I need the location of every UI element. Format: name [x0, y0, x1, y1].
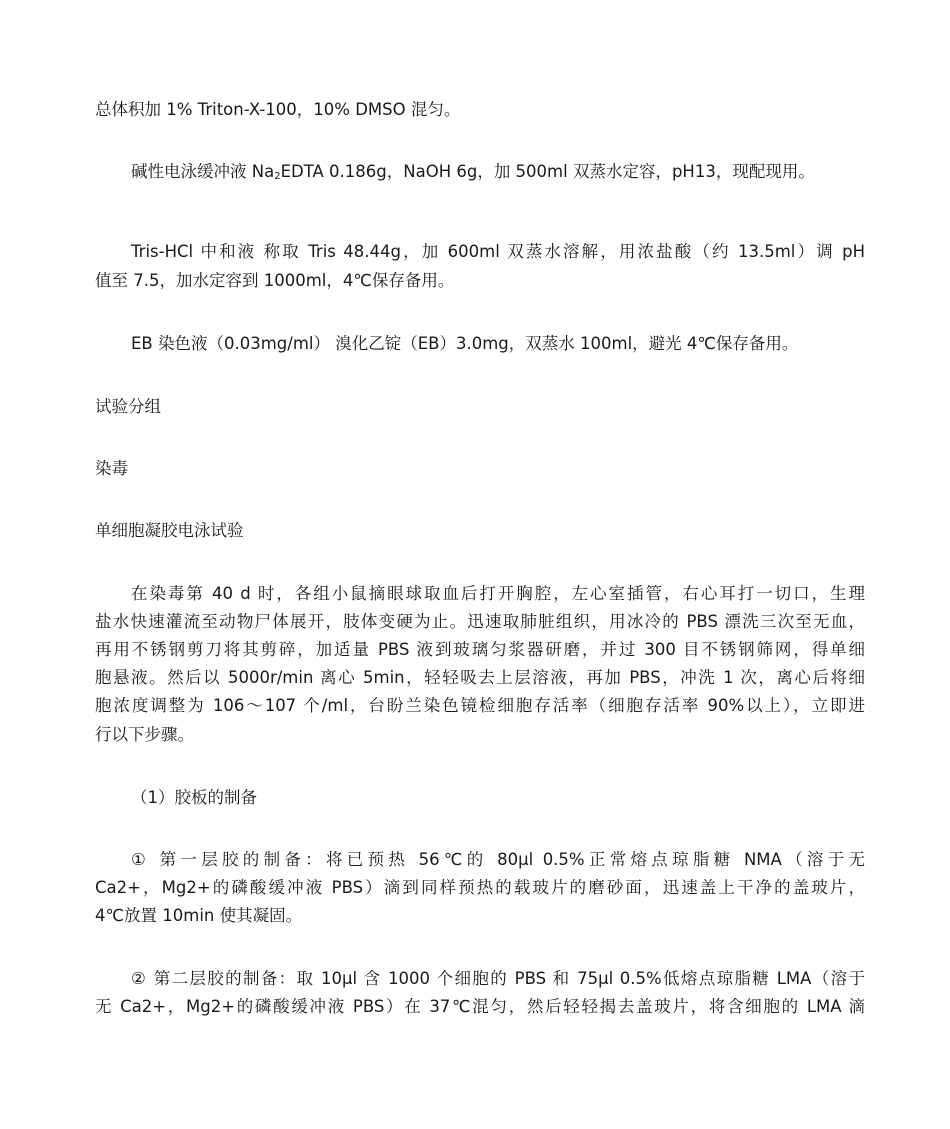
step-line-second-layer-cont: 无 Ca2+，Mg2+的磷酸缓冲液 PBS）在 37℃混匀，然后轻轻揭去盖玻片，…	[95, 996, 865, 1018]
reagent-line-alkaline-buffer: 碱性电泳缓冲液 Na2EDTA 0.186g，NaOH 6g，加 500ml 双…	[131, 161, 865, 183]
reagent-line-eb-stain: EB 染色液（0.03mg/ml） 溴化乙锭（EB）3.0mg，双蒸水 100m…	[131, 333, 865, 355]
step-line-first-layer-cont: 4℃放置 10min 使其凝固。	[95, 905, 865, 927]
paragraph-line: 行以下步骤。	[95, 724, 865, 746]
section-heading-grouping: 试验分组	[95, 396, 865, 418]
reagent-line-lysis-additives: 总体积加 1% Triton-X-100，10% DMSO 混匀。	[95, 99, 865, 121]
step-line-first-layer: ① 第一层胶的制备：将已预热 56℃的 80μl 0.5%正常熔点琼脂糖 NMA…	[131, 849, 865, 871]
document-page: 总体积加 1% Triton-X-100，10% DMSO 混匀。 碱性电泳缓冲…	[0, 0, 950, 1129]
text-segment: EDTA 0.186g，NaOH 6g，加 500ml 双蒸水定容，pH13，现…	[281, 162, 815, 181]
step-line-first-layer-cont: Ca2+，Mg2+的磷酸缓冲液 PBS）滴到同样预热的载玻片的磨砂面，迅速盖上干…	[95, 877, 865, 899]
text-segment: 碱性电泳缓冲液 Na	[131, 162, 274, 181]
paragraph-line: 再用不锈钢剪刀将其剪碎，加适量 PBS 液到玻璃匀浆器研磨，并过 300 目不锈…	[95, 639, 865, 661]
section-heading-exposure: 染毒	[95, 458, 865, 480]
step-line-second-layer: ② 第二层胶的制备：取 10μl 含 1000 个细胞的 PBS 和 75μl …	[131, 968, 865, 990]
reagent-line-tris-hcl: Tris-HCl 中和液 称取 Tris 48.44g，加 600ml 双蒸水溶…	[131, 241, 865, 263]
subsection-heading-gel-prep: （1）胶板的制备	[131, 787, 865, 809]
paragraph-line: 盐水快速灌流至动物尸体展开，肢体变硬为止。迅速取肺脏组织，用冰冷的 PBS 漂洗…	[95, 611, 865, 633]
section-heading-comet-assay: 单细胞凝胶电泳试验	[95, 520, 865, 542]
paragraph-line: 胞悬液。然后以 5000r/min 离心 5min，轻轻吸去上层溶液，再加 PB…	[95, 667, 865, 689]
paragraph-line: 胞浓度调整为 106～107 个/ml，台盼兰染色镜检细胞存活率（细胞存活率 9…	[95, 695, 865, 717]
paragraph-line: 在染毒第 40 d 时，各组小鼠摘眼球取血后打开胸腔，左心室插管，右心耳打一切口…	[131, 583, 865, 605]
reagent-line-tris-hcl-cont: 值至 7.5，加水定容到 1000ml，4℃保存备用。	[95, 270, 865, 292]
